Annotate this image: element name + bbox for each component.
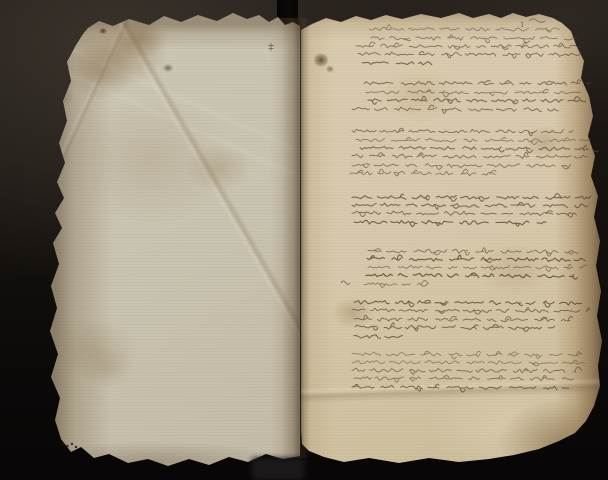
margin-cross-mark	[268, 43, 274, 51]
ink-dots-mark	[66, 445, 68, 447]
margin-flourish-mark	[341, 281, 350, 285]
script-line	[355, 323, 555, 332]
script-line	[352, 211, 576, 218]
script-line	[352, 152, 587, 158]
script-line	[352, 203, 588, 210]
script-line	[364, 80, 591, 85]
script-line	[362, 62, 432, 65]
script-line	[352, 351, 581, 359]
script-line	[352, 360, 584, 366]
script-line	[360, 146, 598, 153]
script-line	[352, 367, 582, 374]
manuscript-text: 1	[0, 0, 608, 480]
script-line	[369, 25, 559, 32]
ink-dots-mark	[71, 443, 73, 445]
script-line	[354, 335, 403, 339]
script-line	[368, 264, 587, 271]
script-line	[366, 273, 577, 279]
script-line	[366, 89, 585, 97]
script-line	[354, 375, 573, 382]
script-line	[354, 220, 546, 226]
script-line	[367, 255, 585, 263]
script-line	[350, 169, 496, 176]
script-line	[354, 300, 582, 307]
script-line	[352, 194, 591, 202]
ink-dots-mark	[75, 446, 77, 448]
script-line	[358, 52, 582, 59]
script-line	[352, 105, 558, 113]
folio-number: 1	[520, 21, 524, 29]
ink-dots-mark	[62, 443, 64, 445]
photo-canvas: 1	[0, 0, 608, 480]
script-line	[354, 315, 573, 321]
script-line	[356, 42, 580, 50]
script-line	[352, 384, 569, 392]
script-line	[356, 137, 591, 144]
margin-flourish-mark	[529, 19, 545, 23]
script-line	[364, 281, 428, 288]
script-line	[352, 307, 590, 314]
script-line	[368, 96, 586, 104]
script-line	[352, 128, 573, 136]
script-line	[352, 164, 571, 170]
script-line	[371, 35, 578, 43]
